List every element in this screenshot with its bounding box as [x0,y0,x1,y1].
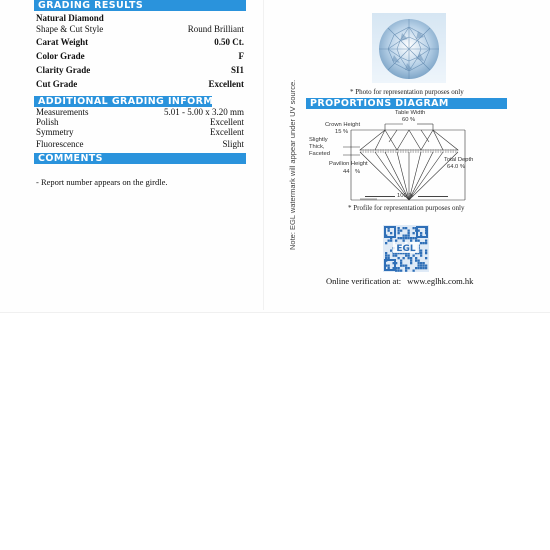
comment-text: - Report number appears on the girdle. [36,177,167,187]
total-depth-label: Total Depth [444,157,473,164]
additional-info-value: Slight [222,139,244,150]
pavilion-height-unit: % [355,169,360,176]
pavilion-height-label: Pavilion Height [329,161,368,168]
grading-row-value: SI1 [231,65,244,76]
qr-code-icon: EGL [383,225,429,272]
qr-code[interactable]: EGL [383,225,429,272]
diameter-line-right [418,196,448,197]
grading-row-value: 0.50 Ct. [214,37,244,48]
profile-caption: * Profile for representation purposes on… [348,204,464,212]
diamond-photo [372,13,446,83]
grading-row-label: Shape & Cut Style [36,24,103,35]
crown-height-value: 15 % [335,129,348,136]
additional-info-header: ADDITIONAL GRADING INFORMATION [34,96,212,107]
grading-row: Clarity GradeSI1 [36,65,244,76]
additional-info-row: FluorescenceSlight [36,139,244,150]
additional-info-label: Fluorescence [36,139,83,150]
table-width-value: 60 % [402,117,415,124]
grading-results-header: GRADING RESULTS [34,0,246,11]
girdle-label-2: Thick, [309,144,324,151]
diamond-photo-icon [372,13,446,83]
grading-row-value: Round Brilliant [188,24,244,35]
photo-caption: * Photo for representation purposes only [350,88,464,96]
proportions-header: PROPORTIONS DIAGRAM [306,98,507,109]
crown-height-label: Crown Height [325,122,360,129]
pavilion-height-value: 44 [343,169,349,176]
diameter-value: 100 % [397,193,413,200]
diameter-line-left [365,196,395,197]
grading-report-sheet: GRADING RESULTS Natural Diamond Shape & … [0,0,550,313]
online-verification: Online verification at:www.eglhk.com.hk [326,276,473,286]
qr-egl-label: EGL [396,244,416,254]
verification-label: Online verification at: [326,276,401,286]
table-width-label: Table Width [395,110,425,117]
natural-diamond-title: Natural Diamond [36,13,244,24]
comments-header: COMMENTS [34,153,246,164]
natural-diamond-label: Natural Diamond [36,13,104,24]
grading-row: Cut GradeExcellent [36,79,244,90]
grading-row-value: Excellent [209,79,245,90]
additional-info-row: SymmetryExcellent [36,127,244,138]
additional-info-label: Symmetry [36,127,74,138]
uv-watermark-note: Note: EGL watermark will appear under UV… [288,80,297,250]
grading-row: Carat Weight0.50 Ct. [36,37,244,48]
girdle-label-1: Slightly [309,137,328,144]
page-divider [263,0,264,310]
grading-row-label: Carat Weight [36,37,88,48]
grading-row-label: Cut Grade [36,79,77,90]
grading-row-label: Color Grade [36,51,85,62]
grading-row-value: F [239,51,245,62]
grading-row: Shape & Cut StyleRound Brilliant [36,24,244,35]
verification-url[interactable]: www.eglhk.com.hk [407,276,473,286]
grading-row-label: Clarity Grade [36,65,90,76]
total-depth-value: 64.0 % [447,164,465,171]
girdle-label-3: Faceted [309,151,330,158]
grading-row: Color GradeF [36,51,244,62]
additional-info-value: Excellent [210,127,244,138]
proportions-diagram: Table Width 60 % Crown Height 15 % Sligh… [305,110,480,205]
